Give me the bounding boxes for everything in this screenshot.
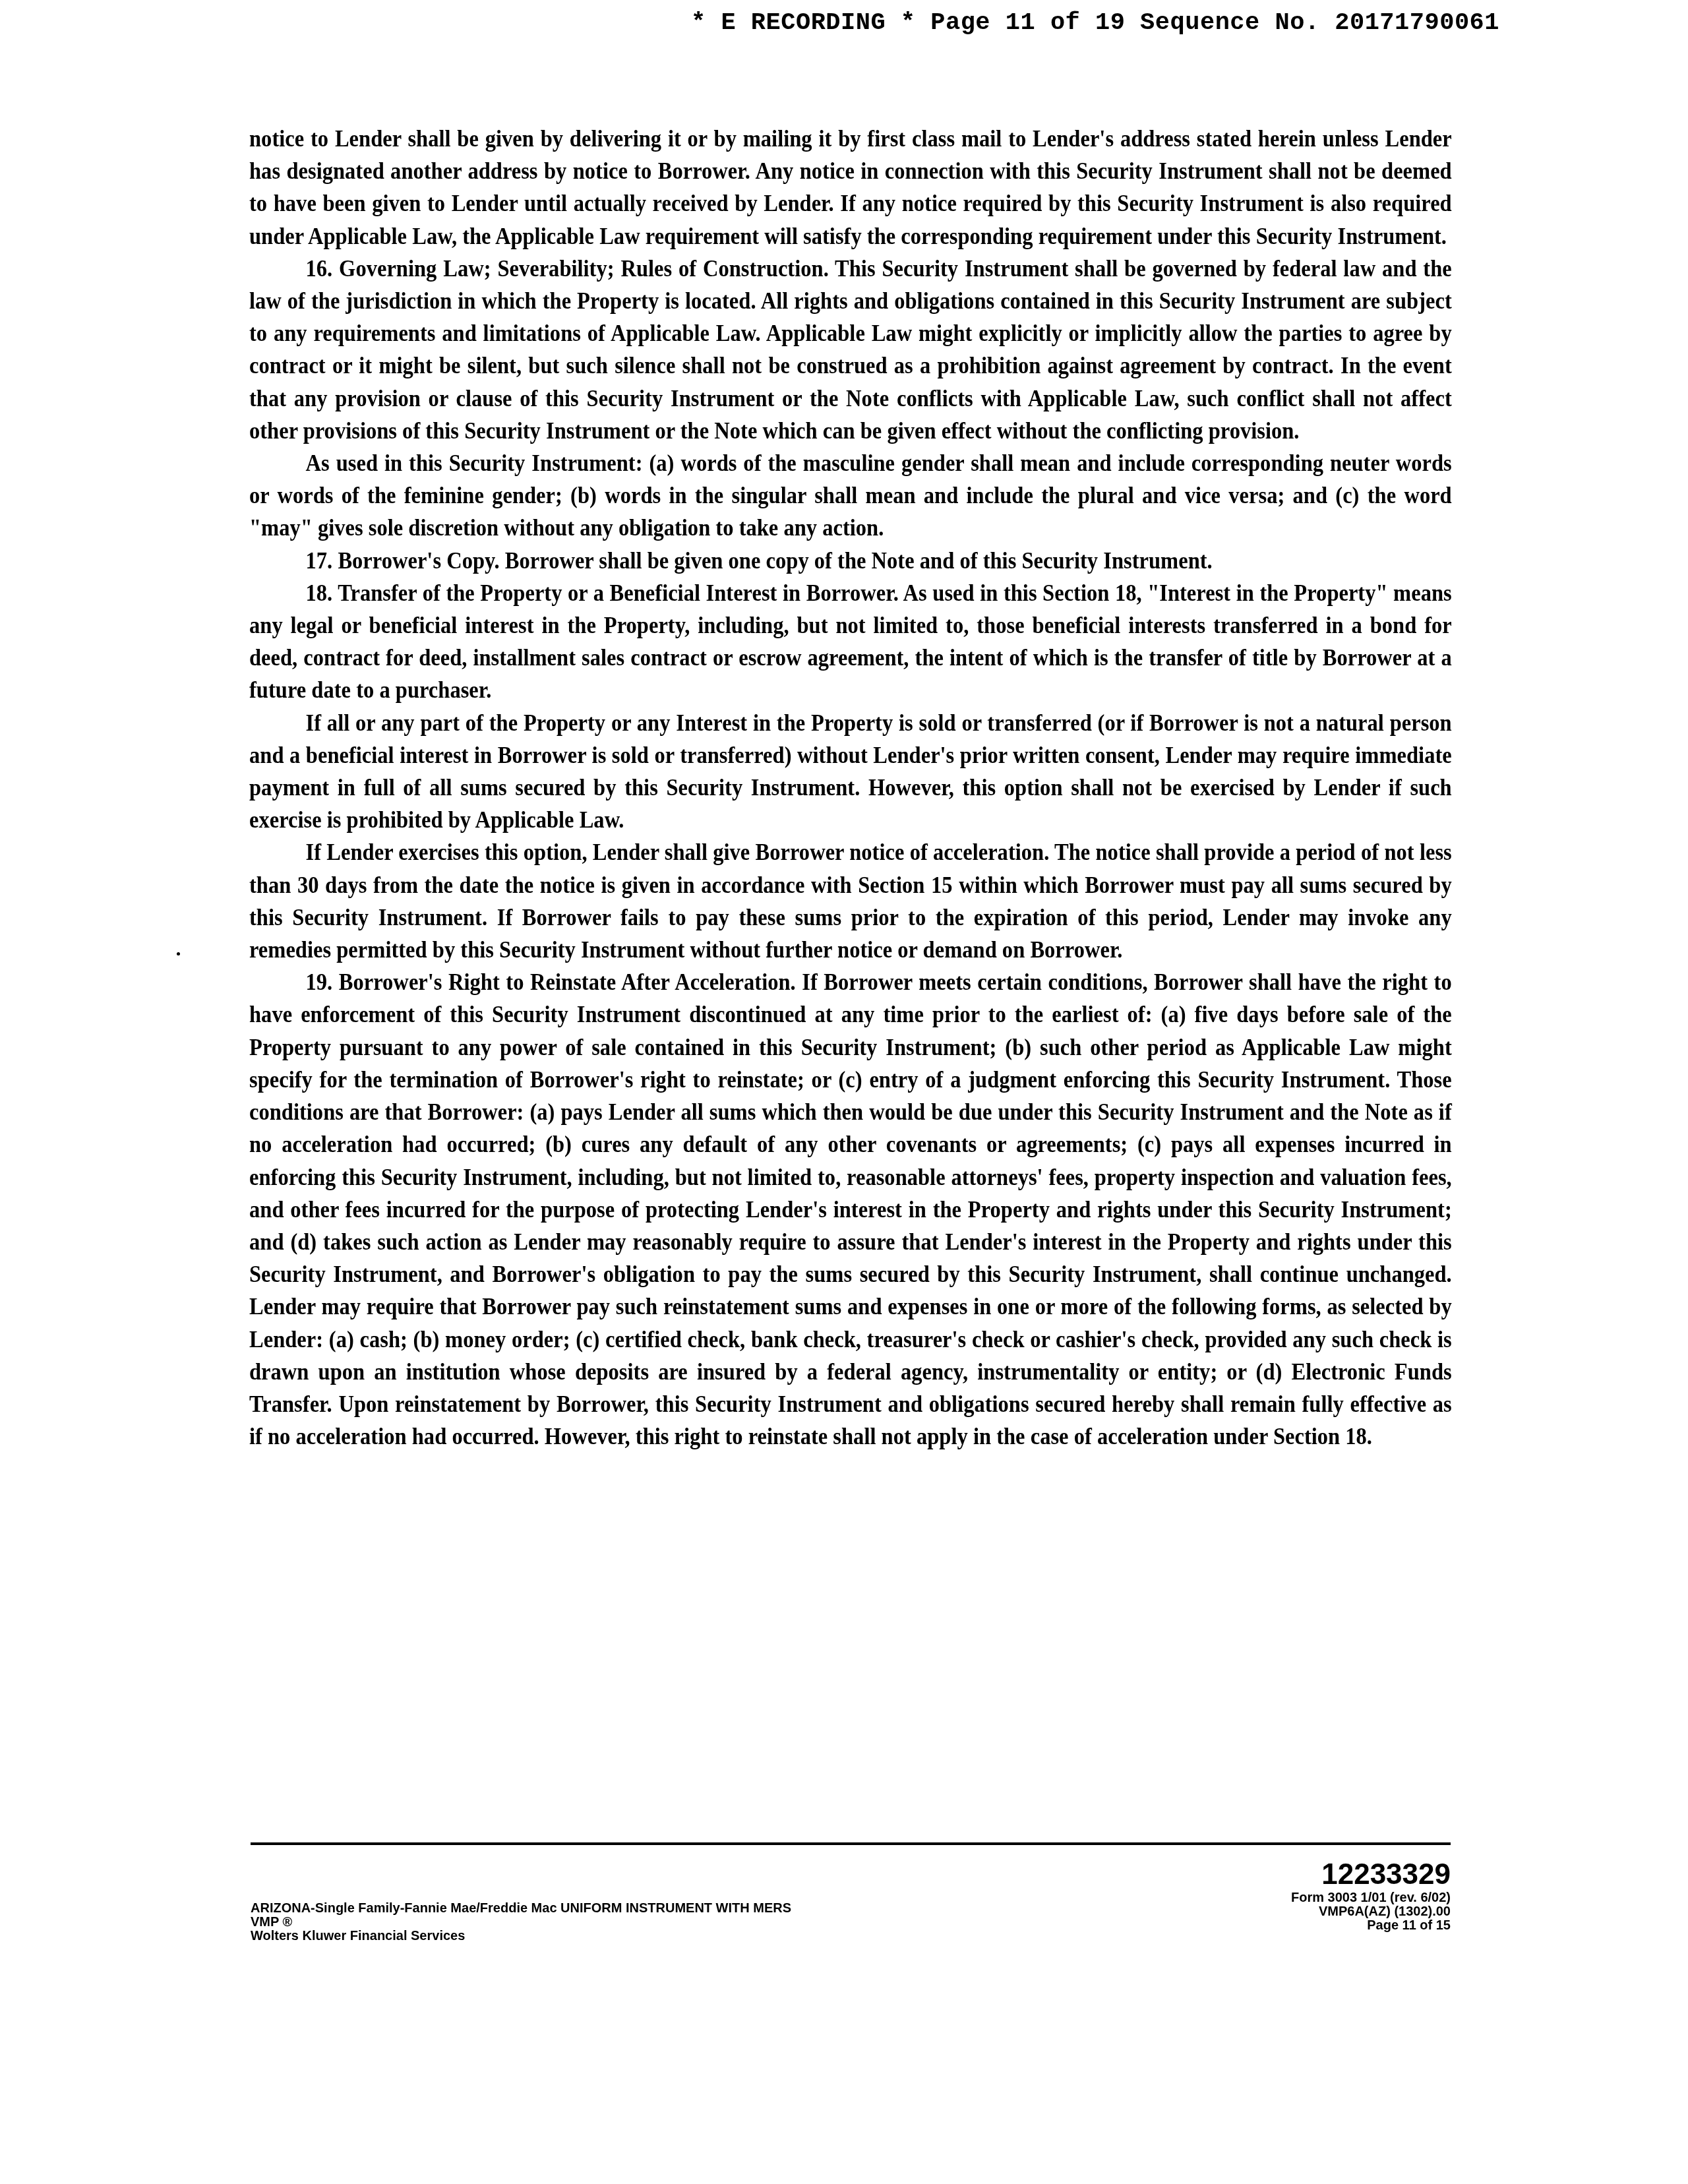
paragraph-construction-rules: As used in this Security Instrument: (a)… [249,447,1452,545]
publisher-name: Wolters Kluwer Financial Services [251,1929,791,1943]
vmp-code: VMP6A(AZ) (1302).00 [1291,1905,1451,1919]
footer-right-block: Form 3003 1/01 (rev. 6/02) VMP6A(AZ) (13… [1291,1891,1451,1933]
recording-stamp: * E RECORDING * Page 11 of 19 Sequence N… [691,9,1499,37]
form-title: ARIZONA-Single Family-Fannie Mae/Freddie… [251,1902,791,1916]
document-body: notice to Lender shall be given by deliv… [249,123,1452,1453]
form-page-number: Page 11 of 15 [1291,1919,1451,1933]
paragraph-section-18: 18. Transfer of the Property or a Benefi… [249,577,1452,707]
vmp-mark: VMP ® [251,1916,791,1929]
scan-artifact-dot [177,952,180,956]
paragraph-notice-of-acceleration: If Lender exercises this option, Lender … [249,836,1452,966]
footer-divider [251,1842,1451,1845]
form-number: Form 3003 1/01 (rev. 6/02) [1291,1891,1451,1905]
document-number: 12233329 [1321,1858,1451,1891]
paragraph-transfer-acceleration: If all or any part of the Property or an… [249,707,1452,837]
paragraph-section-16: 16. Governing Law; Severability; Rules o… [249,253,1452,447]
paragraph-section-17: 17. Borrower's Copy. Borrower shall be g… [249,545,1452,577]
paragraph-notice-continued: notice to Lender shall be given by deliv… [249,123,1452,253]
footer-left-block: ARIZONA-Single Family-Fannie Mae/Freddie… [251,1902,791,1943]
paragraph-section-19: 19. Borrower's Right to Reinstate After … [249,966,1452,1453]
